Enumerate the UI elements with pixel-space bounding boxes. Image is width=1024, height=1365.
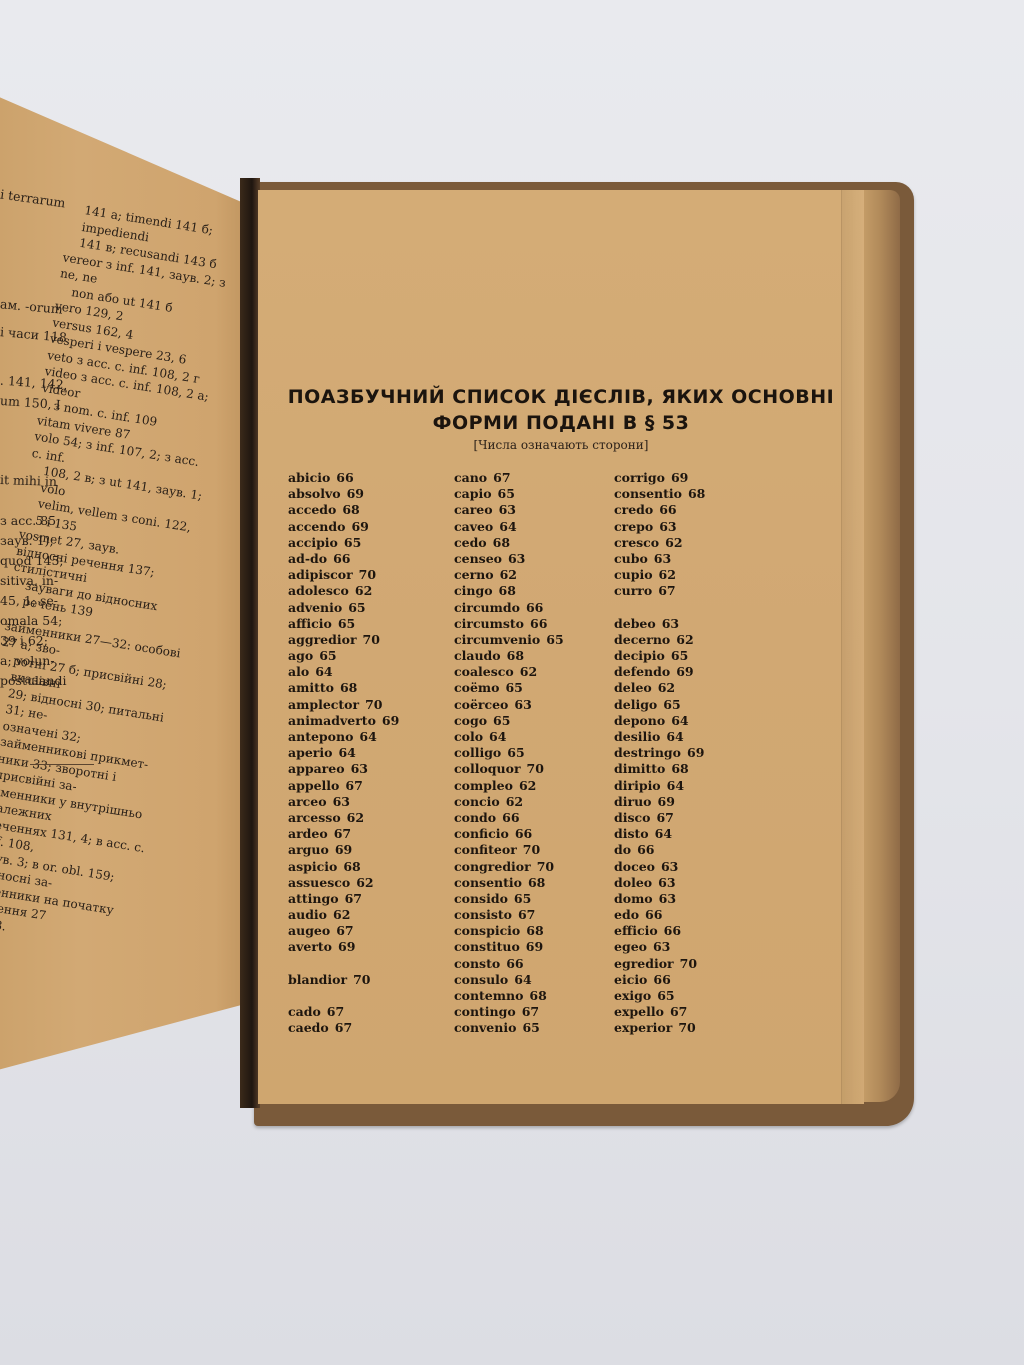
verb-text: blandior: [288, 972, 347, 987]
page-number: 68: [529, 988, 546, 1003]
verb-text: consulo: [454, 972, 508, 987]
page-number: 65: [319, 648, 336, 663]
page-title-line2: ФОРМИ ПОДАНІ В § 53: [258, 412, 864, 434]
spacer: [614, 600, 705, 616]
verb-entry: curro67: [614, 583, 705, 599]
verb-entry: arceo63: [288, 794, 399, 810]
verb-entry: destringo69: [614, 745, 705, 761]
verb-entry: constituo69: [454, 939, 564, 955]
verb-entry: diruo69: [614, 794, 705, 810]
verb-text: accendo: [288, 519, 345, 534]
page-number: 66: [645, 907, 662, 922]
page-title-line1: ПОАЗБУЧНИЙ СПИСОК ДІЄСЛІВ, ЯКИХ ОСНОВНІ: [258, 386, 864, 408]
verb-entry: edo66: [614, 907, 705, 923]
verb-text: audio: [288, 907, 327, 922]
verb-text: consentio: [614, 486, 682, 501]
verb-entry: assuesco62: [288, 875, 399, 891]
verb-text: augeo: [288, 923, 330, 938]
verb-text: cogo: [454, 713, 487, 728]
page-number: 66: [530, 616, 547, 631]
verb-text: aspicio: [288, 859, 337, 874]
verb-entry: desilio64: [614, 729, 705, 745]
verb-entry: deleo62: [614, 680, 705, 696]
verb-text: arceo: [288, 794, 327, 809]
verb-entry: cerno62: [454, 567, 564, 583]
verb-text: dimitto: [614, 761, 665, 776]
verb-text: exigo: [614, 988, 651, 1003]
verb-text: consto: [454, 956, 500, 971]
verb-text: coalesco: [454, 664, 514, 679]
page-number: 66: [336, 470, 353, 485]
verb-entry: ardeo67: [288, 826, 399, 842]
page-number: 63: [333, 794, 350, 809]
verb-text: consentio: [454, 875, 522, 890]
verb-text: coëmo: [454, 680, 499, 695]
verb-text: diripio: [614, 778, 661, 793]
verb-entry: experior70: [614, 1020, 705, 1036]
verb-entry: depono64: [614, 713, 705, 729]
verb-entry: doceo63: [614, 859, 705, 875]
verb-text: condo: [454, 810, 496, 825]
page-number: 69: [338, 939, 355, 954]
page-number: 69: [347, 486, 364, 501]
verb-text: caedo: [288, 1020, 329, 1035]
verb-entry: accedo68: [288, 502, 399, 518]
verb-entry: conficio66: [454, 826, 564, 842]
verb-entry: cingo68: [454, 583, 564, 599]
verb-text: decipio: [614, 648, 665, 663]
verb-entry: colloquor70: [454, 761, 564, 777]
verb-entry: censeo63: [454, 551, 564, 567]
verb-entry: amitto68: [288, 680, 399, 696]
verb-text: convenio: [454, 1020, 516, 1035]
verb-text: egredior: [614, 956, 674, 971]
page-number: 63: [662, 616, 679, 631]
page-number: 62: [519, 778, 536, 793]
verb-text: aggredior: [288, 632, 357, 647]
verb-entry: cano67: [454, 470, 564, 486]
verb-entry: careo63: [454, 502, 564, 518]
verb-entry: cupio62: [614, 567, 705, 583]
page-number: 69: [526, 939, 543, 954]
verb-entry: aggredior70: [288, 632, 399, 648]
verb-entry: deligo65: [614, 697, 705, 713]
verb-text: careo: [454, 502, 493, 517]
page-number: 62: [347, 810, 364, 825]
page-number: 70: [523, 842, 540, 857]
verb-text: constituo: [454, 939, 520, 954]
verb-text: capio: [454, 486, 492, 501]
verb-text: claudo: [454, 648, 501, 663]
verb-text: destringo: [614, 745, 681, 760]
page-number: 69: [658, 794, 675, 809]
verb-entry: alo64: [288, 664, 399, 680]
page-number: 68: [493, 535, 510, 550]
verb-text: abicio: [288, 470, 330, 485]
page-number: 70: [527, 761, 544, 776]
verb-text: colo: [454, 729, 483, 744]
verb-entry: augeo67: [288, 923, 399, 939]
page-number: 65: [348, 600, 365, 615]
verb-text: congredior: [454, 859, 531, 874]
verb-entry: abicio66: [288, 470, 399, 486]
page-number: 65: [493, 713, 510, 728]
page-number: 62: [520, 664, 537, 679]
page-number: 62: [676, 632, 693, 647]
page-number: 62: [665, 535, 682, 550]
verb-text: alo: [288, 664, 309, 679]
verb-entry: caedo67: [288, 1020, 399, 1036]
verb-entry: appareo63: [288, 761, 399, 777]
page-number: 70: [537, 859, 554, 874]
verb-entry: accipio65: [288, 535, 399, 551]
verb-text: colligo: [454, 745, 501, 760]
verb-text: attingo: [288, 891, 339, 906]
verb-entry: compleo62: [454, 778, 564, 794]
page-number: 68: [343, 859, 360, 874]
open-book-photo: i terrarum ам. -orum і часи 118 . 141, 1…: [0, 0, 1024, 1365]
verb-text: eicio: [614, 972, 647, 987]
verb-entry: circumsto66: [454, 616, 564, 632]
verb-entry: efficio66: [614, 923, 705, 939]
verb-entry: conspicio68: [454, 923, 564, 939]
verb-text: amplector: [288, 697, 359, 712]
page-number: 64: [359, 729, 376, 744]
verb-text: domo: [614, 891, 653, 906]
verb-entry: doleo63: [614, 875, 705, 891]
verb-text: cano: [454, 470, 487, 485]
page-number: 63: [654, 551, 671, 566]
verb-entry: blandior70: [288, 972, 399, 988]
page-number: 65: [338, 616, 355, 631]
page-number: 68: [507, 648, 524, 663]
page-number: 66: [653, 972, 670, 987]
page-number: 69: [335, 842, 352, 857]
verb-text: diruo: [614, 794, 652, 809]
page-number: 70: [359, 567, 376, 582]
verb-text: experior: [614, 1020, 672, 1035]
page-number: 64: [514, 972, 531, 987]
verb-entry: domo63: [614, 891, 705, 907]
verb-entry: aperio64: [288, 745, 399, 761]
page-number: 65: [671, 648, 688, 663]
verb-text: appareo: [288, 761, 345, 776]
verb-text: assuesco: [288, 875, 350, 890]
verb-text: consisto: [454, 907, 512, 922]
page-number: 70: [353, 972, 370, 987]
verb-text: circumdo: [454, 600, 520, 615]
page-number: 69: [676, 664, 693, 679]
verb-text: cerno: [454, 567, 494, 582]
page-number: 65: [663, 697, 680, 712]
page-number: 65: [344, 535, 361, 550]
page-number: 62: [356, 875, 373, 890]
page-number: 65: [507, 745, 524, 760]
verb-entry: accendo69: [288, 519, 399, 535]
page-number: 70: [363, 632, 380, 647]
fore-edge: [841, 190, 864, 1104]
verb-entry: concio62: [454, 794, 564, 810]
verb-entry: antepono64: [288, 729, 399, 745]
page-number: 66: [506, 956, 523, 971]
verb-entry: coëmo65: [454, 680, 564, 696]
spacer: [288, 956, 399, 972]
verb-entry: convenio65: [454, 1020, 564, 1036]
page-number: 64: [667, 778, 684, 793]
verb-entry: colligo65: [454, 745, 564, 761]
verb-entry: consentio68: [614, 486, 705, 502]
verb-text: animadverto: [288, 713, 376, 728]
page-number: 63: [659, 891, 676, 906]
verb-entry: caveo64: [454, 519, 564, 535]
verb-entry: colo64: [454, 729, 564, 745]
verb-entry: ad-do66: [288, 551, 399, 567]
verb-text: do: [614, 842, 631, 857]
page-number: 69: [671, 470, 688, 485]
page-number: 68: [340, 680, 357, 695]
page-number: 69: [351, 519, 368, 534]
page-number: 68: [526, 923, 543, 938]
verb-text: debeo: [614, 616, 656, 631]
page-number: 66: [526, 600, 543, 615]
page-number: 70: [365, 697, 382, 712]
verb-text: accedo: [288, 502, 336, 517]
verb-text: caveo: [454, 519, 493, 534]
page-number: 63: [351, 761, 368, 776]
page-number: 66: [659, 502, 676, 517]
verb-entry: averto69: [288, 939, 399, 955]
verb-text: adipiscor: [288, 567, 353, 582]
verb-entry: cresco62: [614, 535, 705, 551]
left-page-text: i terrarum ам. -orum і часи 118 . 141, 1…: [0, 190, 260, 750]
page-number: 67: [522, 1004, 539, 1019]
verb-entry: adipiscor70: [288, 567, 399, 583]
verb-entry: animadverto69: [288, 713, 399, 729]
verb-text: circumvenio: [454, 632, 540, 647]
verb-entry: consido65: [454, 891, 564, 907]
right-page: ПОАЗБУЧНИЙ СПИСОК ДІЄСЛІВ, ЯКИХ ОСНОВНІ …: [258, 190, 864, 1104]
page-number: 67: [670, 1004, 687, 1019]
verb-entry: absolvo69: [288, 486, 399, 502]
verb-text: adolesco: [288, 583, 349, 598]
verb-text: doceo: [614, 859, 655, 874]
verb-entry: contemno68: [454, 988, 564, 1004]
verb-entry: adolesco62: [288, 583, 399, 599]
page-number: 66: [637, 842, 654, 857]
verb-entry: do66: [614, 842, 705, 858]
verb-entry: credo66: [614, 502, 705, 518]
verb-entry: consisto67: [454, 907, 564, 923]
verb-entry: circumvenio65: [454, 632, 564, 648]
page-number: 63: [659, 519, 676, 534]
page-number: 65: [505, 680, 522, 695]
verb-text: advenio: [288, 600, 342, 615]
verb-text: deligo: [614, 697, 657, 712]
verb-text: contingo: [454, 1004, 516, 1019]
verb-entry: afficio65: [288, 616, 399, 632]
page-number: 68: [528, 875, 545, 890]
verb-text: coërceo: [454, 697, 508, 712]
verb-entry: crepo63: [614, 519, 705, 535]
verb-text: ago: [288, 648, 313, 663]
page-stack-edge: [860, 190, 900, 1102]
verb-text: egeo: [614, 939, 647, 954]
verb-entry: cubo63: [614, 551, 705, 567]
verb-entry: egeo63: [614, 939, 705, 955]
verb-text: decerno: [614, 632, 670, 647]
verb-entry: disco67: [614, 810, 705, 826]
verb-text: cingo: [454, 583, 493, 598]
verb-text: concio: [454, 794, 500, 809]
page-number: 65: [522, 1020, 539, 1035]
verb-text: disto: [614, 826, 649, 841]
page-number: 62: [355, 583, 372, 598]
page-number: 64: [499, 519, 516, 534]
page-number: 66: [664, 923, 681, 938]
page-number: 67: [518, 907, 535, 922]
verb-entry: circumdo66: [454, 600, 564, 616]
verb-entry: decerno62: [614, 632, 705, 648]
verb-text: ad-do: [288, 551, 327, 566]
verb-text: doleo: [614, 875, 652, 890]
verb-text: cado: [288, 1004, 321, 1019]
verb-column-2: cano67capio65careo63caveo64cedo68censeo6…: [454, 470, 564, 1037]
verb-text: disco: [614, 810, 650, 825]
page-number: 64: [489, 729, 506, 744]
page-number: 69: [382, 713, 399, 728]
verb-text: ardeo: [288, 826, 328, 841]
verb-text: censeo: [454, 551, 502, 566]
verb-entry: cado67: [288, 1004, 399, 1020]
page-number: 68: [499, 583, 516, 598]
page-number: 62: [659, 567, 676, 582]
verb-entry: eicio66: [614, 972, 705, 988]
page-number: 67: [656, 810, 673, 825]
verb-text: aperio: [288, 745, 332, 760]
page-number: 70: [680, 956, 697, 971]
verb-entry: confiteor70: [454, 842, 564, 858]
page-number: 66: [515, 826, 532, 841]
verb-text: cedo: [454, 535, 487, 550]
verb-text: absolvo: [288, 486, 341, 501]
verb-entry: ago65: [288, 648, 399, 664]
page-number: 67: [345, 778, 362, 793]
page-number: 66: [502, 810, 519, 825]
page-number: 65: [514, 891, 531, 906]
verb-entry: cogo65: [454, 713, 564, 729]
verb-text: appello: [288, 778, 339, 793]
verb-text: antepono: [288, 729, 353, 744]
verb-entry: disto64: [614, 826, 705, 842]
verb-text: afficio: [288, 616, 332, 631]
page-number: 65: [657, 988, 674, 1003]
page-number: 68: [688, 486, 705, 501]
page-number: 69: [687, 745, 704, 760]
page-subtitle: [Числа означають сторони]: [258, 438, 864, 452]
page-number: 62: [333, 907, 350, 922]
page-number: 67: [658, 583, 675, 598]
page-number: 63: [508, 551, 525, 566]
verb-text: amitto: [288, 680, 334, 695]
verb-entry: dimitto68: [614, 761, 705, 777]
verb-entry: cedo68: [454, 535, 564, 551]
page-number: 68: [342, 502, 359, 517]
verb-text: colloquor: [454, 761, 521, 776]
page-number: 67: [493, 470, 510, 485]
page-number: 63: [514, 697, 531, 712]
verb-text: credo: [614, 502, 653, 517]
page-number: 67: [345, 891, 362, 906]
verb-entry: corrigo69: [614, 470, 705, 486]
verb-entry: exigo65: [614, 988, 705, 1004]
page-number: 67: [327, 1004, 344, 1019]
verb-text: cresco: [614, 535, 659, 550]
verb-text: deleo: [614, 680, 652, 695]
verb-text: cubo: [614, 551, 648, 566]
spacer: [288, 988, 399, 1004]
verb-column-3: corrigo69consentio68credo66crepo63cresco…: [614, 470, 705, 1037]
verb-entry: consto66: [454, 956, 564, 972]
page-number: 62: [506, 794, 523, 809]
verb-text: depono: [614, 713, 665, 728]
page-number: 63: [499, 502, 516, 517]
verb-entry: consulo64: [454, 972, 564, 988]
verb-text: compleo: [454, 778, 513, 793]
verb-entry: expello67: [614, 1004, 705, 1020]
verb-text: crepo: [614, 519, 653, 534]
verb-entry: congredior70: [454, 859, 564, 875]
verb-entry: aspicio68: [288, 859, 399, 875]
page-number: 63: [653, 939, 670, 954]
fragment: i terrarum: [0, 186, 67, 213]
page-number: 64: [655, 826, 672, 841]
page-number: 64: [671, 713, 688, 728]
page-number: 67: [334, 826, 351, 841]
verb-text: cupio: [614, 567, 653, 582]
verb-text: defendo: [614, 664, 670, 679]
verb-entry: advenio65: [288, 600, 399, 616]
verb-text: desilio: [614, 729, 660, 744]
verb-text: contemno: [454, 988, 523, 1003]
verb-entry: condo66: [454, 810, 564, 826]
page-number: 64: [315, 664, 332, 679]
book-spine: [240, 178, 260, 1108]
page-number: 62: [658, 680, 675, 695]
page-number: 65: [546, 632, 563, 647]
verb-entry: attingo67: [288, 891, 399, 907]
verb-text: curro: [614, 583, 652, 598]
page-number: 70: [678, 1020, 695, 1035]
verb-entry: amplector70: [288, 697, 399, 713]
verb-text: efficio: [614, 923, 658, 938]
verb-text: circumsto: [454, 616, 524, 631]
verb-text: corrigo: [614, 470, 665, 485]
page-number: 67: [336, 923, 353, 938]
page-number: 65: [498, 486, 515, 501]
verb-entry: appello67: [288, 778, 399, 794]
section-rule: [30, 764, 94, 765]
verb-entry: coërceo63: [454, 697, 564, 713]
verb-entry: arcesso62: [288, 810, 399, 826]
verb-text: conficio: [454, 826, 509, 841]
verb-text: arguo: [288, 842, 329, 857]
verb-entry: defendo69: [614, 664, 705, 680]
verb-entry: egredior70: [614, 956, 705, 972]
verb-text: arcesso: [288, 810, 341, 825]
page-number: 66: [333, 551, 350, 566]
verb-entry: coalesco62: [454, 664, 564, 680]
page-number: 64: [666, 729, 683, 744]
